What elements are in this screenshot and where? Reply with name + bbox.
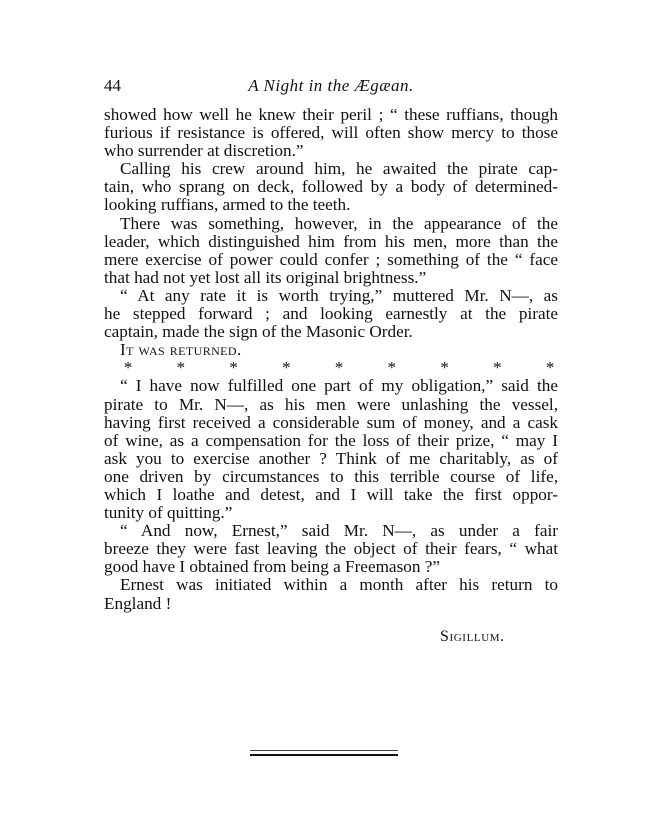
text-line-small-caps: It was returned.: [104, 341, 558, 359]
asterisk: *: [544, 359, 556, 377]
text-line: There was something, however, in the app…: [104, 215, 558, 233]
asterisk: *: [122, 359, 134, 377]
text-line: who surrender at discretion.”: [104, 142, 558, 160]
text-line: leader, which distinguished him from his…: [104, 233, 558, 251]
body-text: showed how well he knew their peril ; “ …: [104, 106, 558, 613]
text-line: of wine, as a compensation for the loss …: [104, 432, 558, 450]
running-title: A Night in the Ægæan.: [104, 76, 558, 96]
text-line: which I loathe and detest, and I will ta…: [104, 486, 558, 504]
running-head: 44 A Night in the Ægæan.: [104, 76, 558, 98]
text-line: showed how well he knew their peril ; “ …: [104, 106, 558, 124]
text-line: Calling his crew around him, he awaited …: [104, 160, 558, 178]
text-line: pirate to Mr. N—, as his men were unlash…: [104, 396, 558, 414]
text-line: that had not yet lost all its original b…: [104, 269, 558, 287]
text-line: having first received a considerable sum…: [104, 414, 558, 432]
asterisk: *: [280, 359, 292, 377]
text-line: he stepped forward ; and looking earnest…: [104, 305, 558, 323]
text-line: furious if resistance is offered, will o…: [104, 124, 558, 142]
signature: Sigillum.: [440, 628, 505, 646]
asterisk: *: [228, 359, 240, 377]
text-line: mere exercise of power could confer ; so…: [104, 251, 558, 269]
end-rule-thick: [250, 754, 398, 756]
text-line: one driven by circumstances to this terr…: [104, 468, 558, 486]
asterisk: *: [386, 359, 398, 377]
asterisk: *: [439, 359, 451, 377]
text-line: captain, made the sign of the Masonic Or…: [104, 323, 558, 341]
asterisk: *: [175, 359, 187, 377]
text-line: tunity of quitting.”: [104, 504, 558, 522]
text-line: ask you to exercise another ? Think of m…: [104, 450, 558, 468]
end-rule-thin: [250, 750, 398, 751]
text-line: “ I have now fulfilled one part of my ob…: [104, 377, 558, 395]
text-line: Ernest was initiated within a month afte…: [104, 576, 558, 594]
asterisk: *: [333, 359, 345, 377]
text-line: “ At any rate it is worth trying,” mutte…: [104, 287, 558, 305]
text-line: good have I obtained from being a Freema…: [104, 558, 558, 576]
asterism-divider: * * * * * * * * *: [104, 359, 558, 377]
text-line: tain, who sprang on deck, followed by a …: [104, 178, 558, 196]
text-line: looking ruffians, armed to the teeth.: [104, 196, 558, 214]
text-line: “ And now, Ernest,” said Mr. N—, as unde…: [104, 522, 558, 540]
asterisk: *: [491, 359, 503, 377]
text-line: breeze they were fast leaving the object…: [104, 540, 558, 558]
text-line: England !: [104, 595, 558, 613]
book-page: 44 A Night in the Ægæan. showed how well…: [0, 0, 662, 835]
